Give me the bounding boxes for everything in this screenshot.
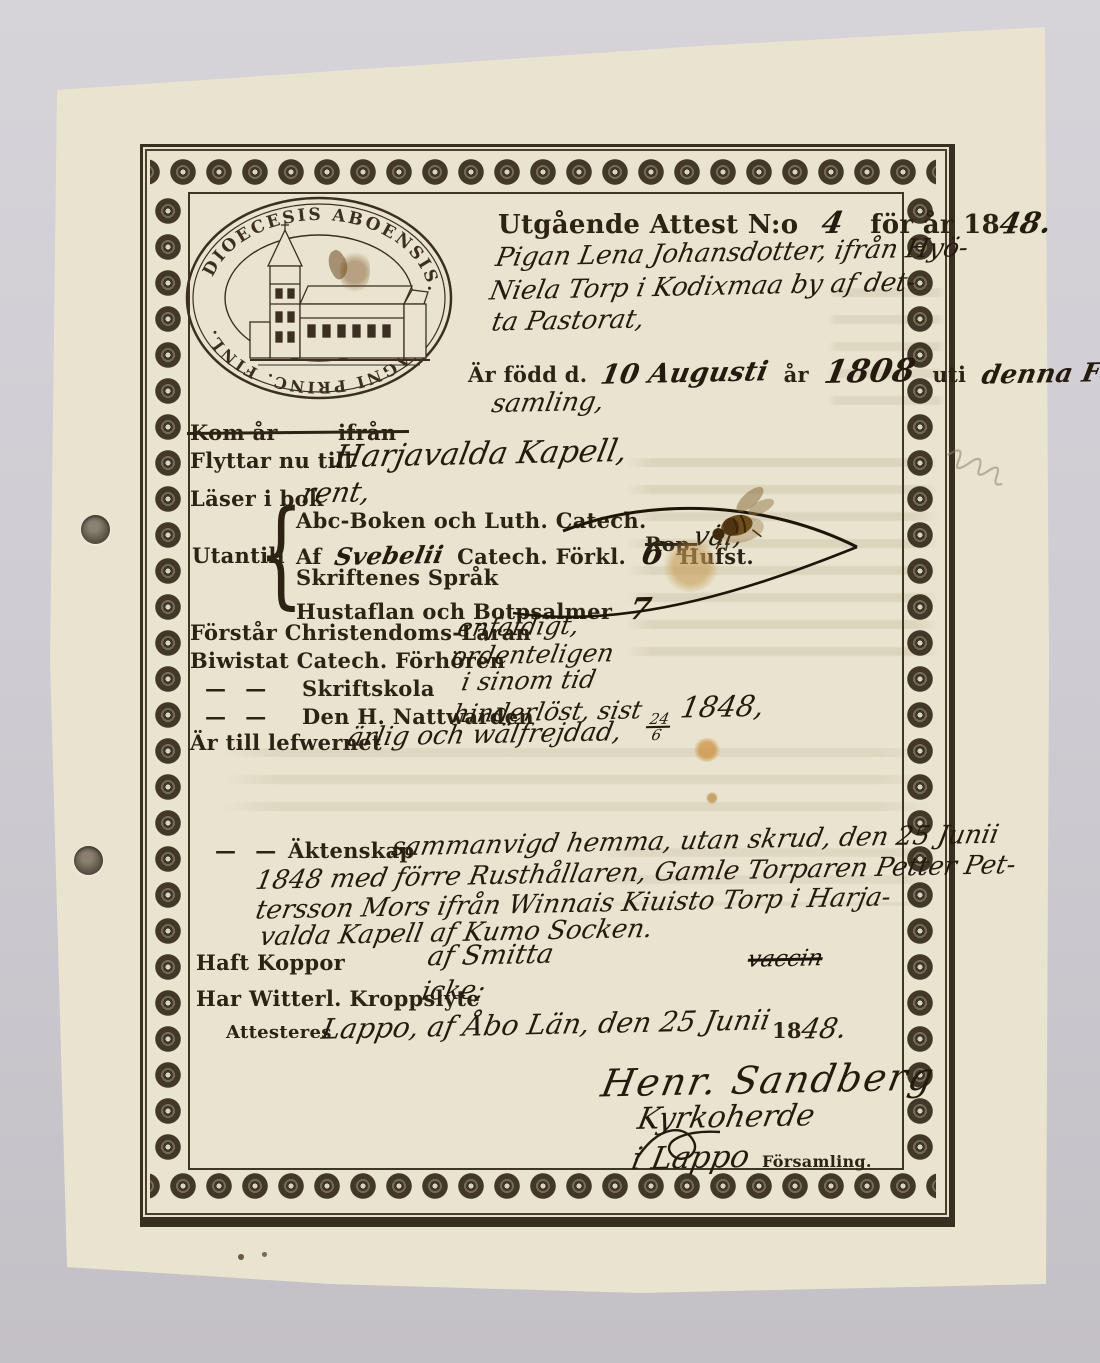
- communion-date-fraction: 246: [643, 712, 672, 743]
- forstar-value-handwritten: enfaldigt,: [455, 611, 582, 643]
- person-line-3: ta Pastorat,: [489, 304, 647, 337]
- signature-name: Henr. Sandberg: [598, 1054, 939, 1105]
- svg-text:DIOECESIS ABOENSIS.: DIOECESIS ABOENSIS.: [199, 205, 444, 295]
- born-uti-label: uti: [932, 362, 966, 387]
- ditto-dashes: — —: [205, 676, 272, 701]
- flyttar-label: Flyttar nu till: [190, 448, 352, 473]
- koppor-value-handwritten: af Smitta: [425, 939, 556, 973]
- birth-row: Är född d. 10 Augusti år 1808 uti denna …: [468, 352, 1100, 390]
- photograph-of-document: DIOECESIS ABOENSIS. MAGNI PRINC. FINL.: [0, 0, 1100, 1363]
- rosette-border-top: [150, 154, 936, 190]
- vaccin-struck-handwritten: vaccin: [746, 945, 826, 973]
- rosette-border-bottom: [150, 1168, 936, 1204]
- attest-year-printed: 18: [772, 1018, 802, 1043]
- forsamling-printed-label: Församling.: [762, 1152, 872, 1171]
- birth-date-handwritten: 10 Augusti: [598, 356, 771, 391]
- birth-parish-handwritten-1: denna För-: [979, 357, 1100, 390]
- utantill-item-3: Skriftenes Språk: [296, 565, 499, 590]
- ditto-dashes: — —: [215, 838, 282, 863]
- punch-hole: [81, 515, 110, 544]
- laser-value-handwritten: rent,: [299, 475, 373, 510]
- attesteres-label: Attesteres: [226, 1022, 332, 1043]
- diocese-seal: DIOECESIS ABOENSIS. MAGNI PRINC. FINL.: [180, 192, 458, 408]
- lefwernet-value-handwritten: ärlig och wälfrejdad,: [345, 717, 624, 753]
- communion-year: 1848,: [678, 689, 768, 725]
- year-handwritten: 48.: [997, 205, 1055, 240]
- flyttar-value-handwritten: Harjavalda Kapell,: [332, 433, 631, 475]
- birth-parish-handwritten-2: samling,: [489, 387, 607, 419]
- attest-year-handwritten: 48.: [799, 1011, 850, 1045]
- birth-year-handwritten: 1808: [821, 351, 919, 391]
- rosette-border-right: [902, 190, 938, 1168]
- attest-title-label: Utgående Attest N:o: [498, 210, 798, 240]
- punch-hole: [74, 846, 103, 875]
- kroppslyte-value-handwritten: icke;: [419, 975, 488, 1006]
- skriftskola-label: Skriftskola: [302, 676, 435, 701]
- ditto-dashes: — —: [205, 704, 272, 729]
- koppor-label: Haft Koppor: [196, 950, 345, 975]
- born-year-label: år: [784, 362, 809, 387]
- signature-place-handwritten: i Lappo: [629, 1139, 753, 1178]
- ink-blot: [329, 250, 348, 280]
- born-label: Är född d.: [468, 362, 587, 387]
- seal-top-text: DIOECESIS ABOENSIS.: [199, 205, 444, 295]
